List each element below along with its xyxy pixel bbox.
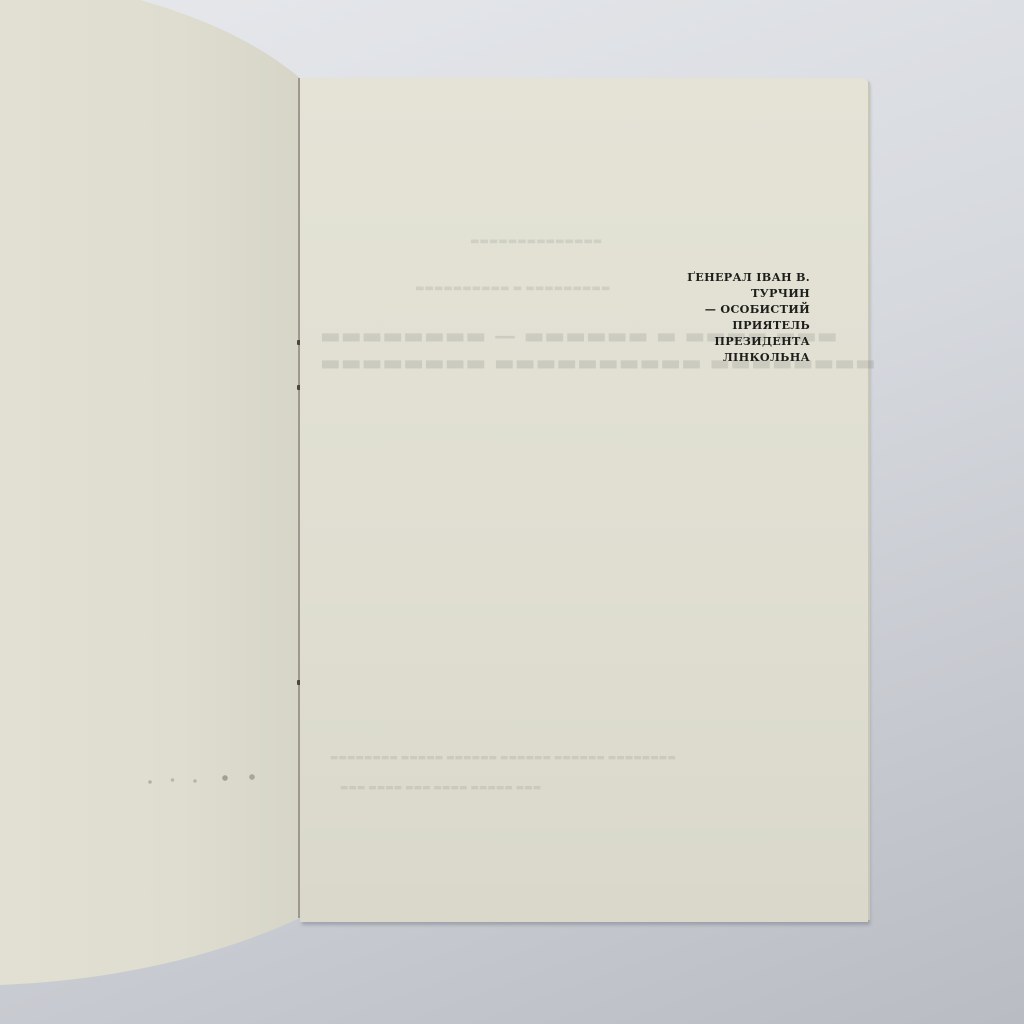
show-through-footer: ▬▬▬ ▬▬▬▬▬ ▬▬▬▬ ▬▬▬ ▬▬▬▬ ▬▬▬ [340,783,541,793]
title-line-1: ҐЕНЕРАЛ ІВАН В. ТУРЧИН [630,269,810,301]
book-title: ҐЕНЕРАЛ ІВАН В. ТУРЧИН — ОСОБИСТИЙ ПРИЯТ… [630,269,810,365]
title-line-3: ПРЕЗИДЕНТА ЛІНКОЛЬНА [630,333,810,365]
foxing-marks [120,770,270,790]
show-through-text: ▬▬▬▬▬▬▬▬▬▬▬▬▬▬ [470,236,602,247]
title-line-2: — ОСОБИСТИЙ ПРИЯТЕЛЬ [630,301,810,333]
page-stack-edge [868,82,870,920]
show-through-text: ▬▬▬▬▬▬▬▬▬ ▬ ▬▬▬▬▬▬▬▬▬▬ [415,283,610,294]
title-page: ▬▬▬▬▬▬▬▬▬▬▬▬▬▬ ▬▬▬▬▬▬▬▬▬ ▬ ▬▬▬▬▬▬▬▬▬▬ ▬▬… [300,78,868,922]
left-page-blank [0,0,300,1024]
show-through-footer: ▬▬▬▬▬▬▬▬ ▬▬▬▬▬▬ ▬▬▬▬▬▬ ▬▬▬▬▬▬ ▬▬▬▬▬ ▬▬▬▬… [330,753,676,763]
